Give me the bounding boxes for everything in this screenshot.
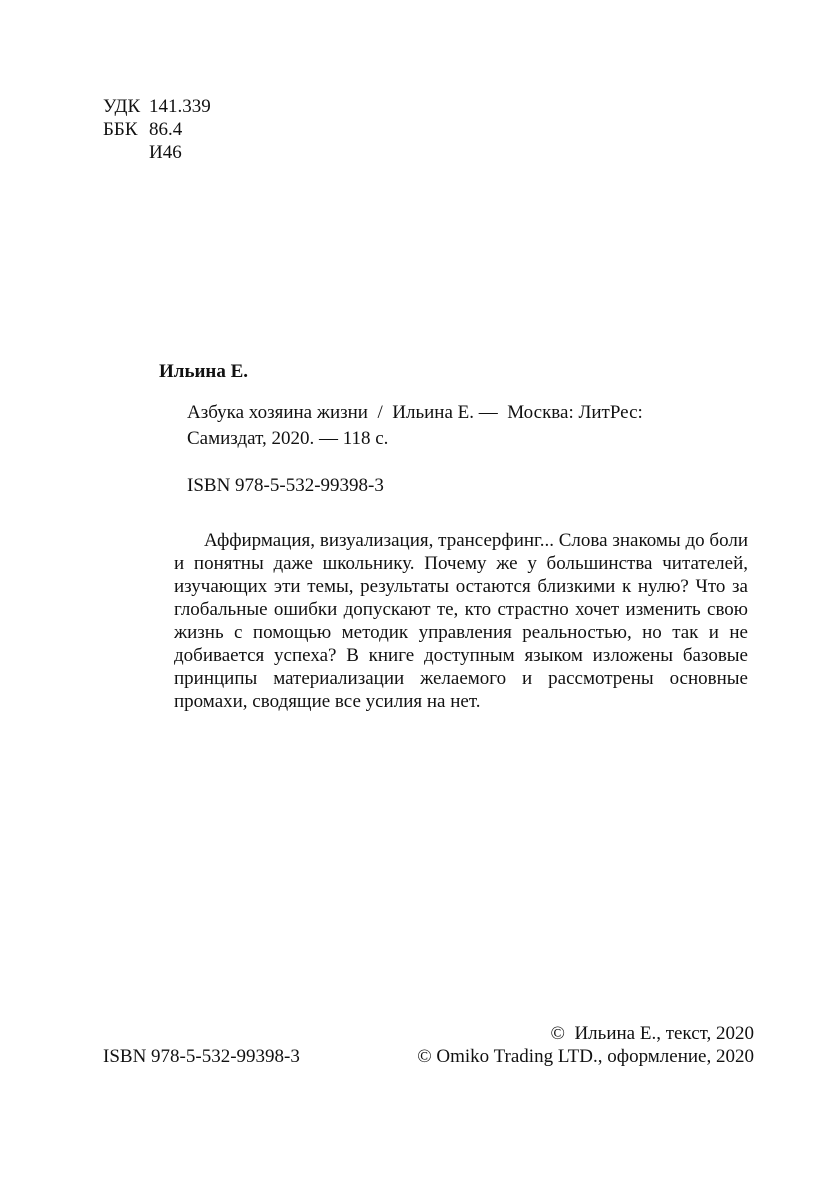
author-mark-row: И46 <box>103 141 211 164</box>
udk-row: УДК 141.339 <box>103 95 211 118</box>
udk-label: УДК <box>103 95 149 118</box>
classification-block: УДК 141.339 ББК 86.4 И46 <box>103 95 211 164</box>
copyright-design: © Omiko Trading LTD., оформление, 2020 <box>417 1045 754 1068</box>
copyright-text: © Ильина Е., текст, 2020 <box>417 1022 754 1045</box>
bbk-value: 86.4 <box>149 118 182 141</box>
bbk-row: ББК 86.4 <box>103 118 211 141</box>
annotation: Аффирмация, визуализация, трансерфинг...… <box>174 529 748 713</box>
author-heading: Ильина Е. <box>159 360 248 383</box>
bbk-label: ББК <box>103 118 149 141</box>
copyright-block: © Ильина Е., текст, 2020 © Omiko Trading… <box>417 1022 754 1068</box>
bibliographic-description: Азбука хозяина жизни / Ильина Е. — Москв… <box>187 401 667 453</box>
footer-isbn: ISBN 978-5-532-99398-3 <box>103 1045 300 1068</box>
author-mark: И46 <box>149 141 182 164</box>
bibliographic-line-1: Азбука хозяина жизни / Ильина Е. — Москв… <box>187 401 667 427</box>
isbn: ISBN 978-5-532-99398-3 <box>187 474 384 497</box>
bibliographic-line-2: Самиздат, 2020. — 118 с. <box>187 427 667 453</box>
udk-value: 141.339 <box>149 95 211 118</box>
